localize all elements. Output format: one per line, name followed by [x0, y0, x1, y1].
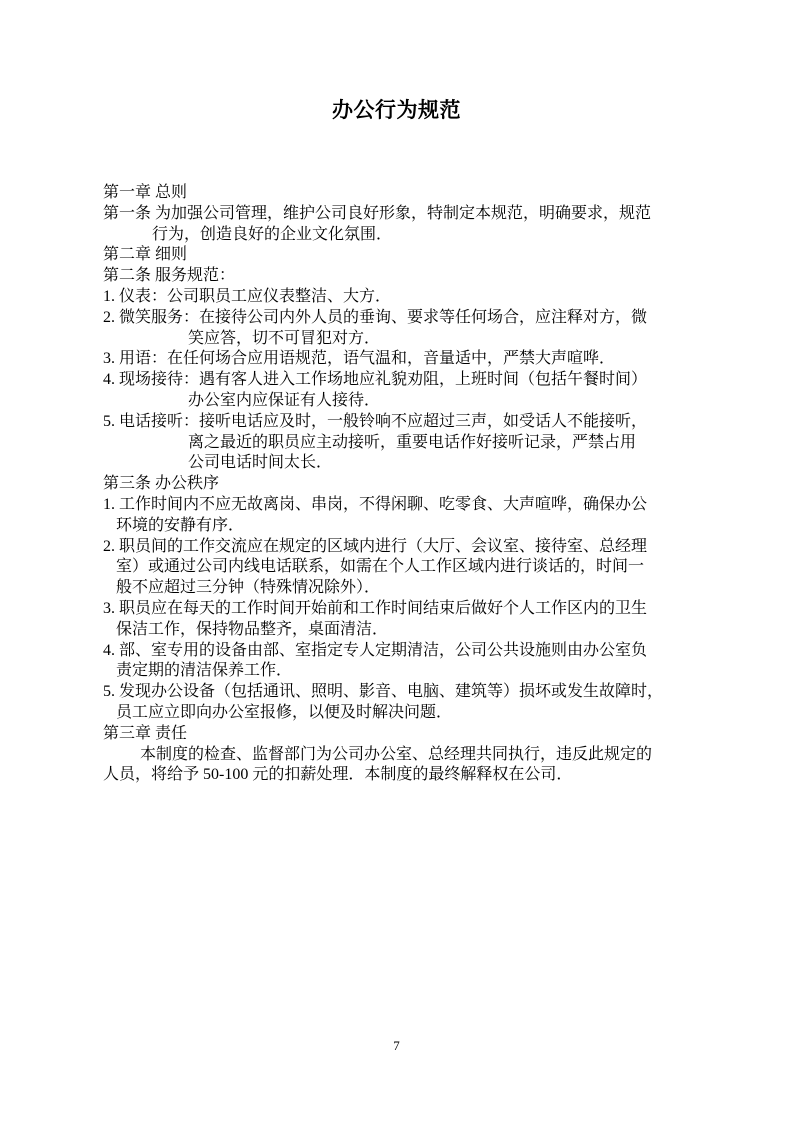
document-line: 环境的安静有序．: [116, 516, 683, 537]
page-title: 办公行为规范: [0, 0, 793, 123]
document-line: 5. 电话接听：接听电话应及时，一般铃响不应超过三声，如受话人不能接听，: [103, 412, 683, 433]
document-line: 笑应答，切不可冒犯对方．: [188, 329, 683, 350]
document-line: 人员，将给予 50-100 元的扣薪处理．本制度的最终解释权在公司．: [103, 765, 683, 786]
document-line: 1. 工作时间内不应无故离岗、串岗，不得闲聊、吃零食、大声喧哗，确保办公: [103, 495, 683, 516]
document-line: 4. 部、室专用的设备由部、室指定专人定期清洁，公司公共设施则由办公室负: [103, 641, 683, 662]
document-line: 第三条 办公秩序: [103, 474, 683, 495]
document-line: 行为，创造良好的企业文化氛围．: [152, 225, 683, 246]
document-line: 5. 发现办公设备（包括通讯、照明、影音、电脑、建筑等）损坏或发生故障时，: [103, 682, 683, 703]
document-line: 1. 仪表：公司职员工应仪表整洁、大方．: [103, 287, 683, 308]
document-line: 4. 现场接待：遇有客人进入工作场地应礼貌劝阻，上班时间（包括午餐时间）: [103, 370, 683, 391]
document-line: 公司电话时间太长．: [188, 453, 683, 474]
document-line: 责定期的清洁保养工作．: [116, 661, 683, 682]
document-page: 办公行为规范 第一章 总则第一条 为加强公司管理，维护公司良好形象，特制定本规范…: [0, 0, 793, 1122]
document-line: 保洁工作，保持物品整齐，桌面清洁．: [116, 620, 683, 641]
document-line: 室）或通过公司内线电话联系，如需在个人工作区域内进行谈话的，时间一: [116, 557, 683, 578]
document-line: 第一条 为加强公司管理，维护公司良好形象，特制定本规范，明确要求，规范: [103, 204, 683, 225]
document-body: 第一章 总则第一条 为加强公司管理，维护公司良好形象，特制定本规范，明确要求，规…: [0, 183, 793, 786]
document-line: 3. 职员应在每天的工作时间开始前和工作时间结束后做好个人工作区内的卫生: [103, 599, 683, 620]
document-line: 第二条 服务规范：: [103, 266, 683, 287]
document-line: 2. 职员间的工作交流应在规定的区域内进行（大厅、会议室、接待室、总经理: [103, 537, 683, 558]
document-line: 第二章 细则: [103, 245, 683, 266]
document-line: 3. 用语：在任何场合应用语规范，语气温和，音量适中，严禁大声喧哗．: [103, 349, 683, 370]
document-line: 第一章 总则: [103, 183, 683, 204]
document-line: 办公室内应保证有人接待．: [188, 391, 683, 412]
document-line: 员工应立即向办公室报修，以便及时解决问题．: [116, 703, 683, 724]
document-line: 本制度的检查、监督部门为公司办公室、总经理共同执行，违反此规定的: [140, 745, 683, 766]
document-line: 般不应超过三分钟（特殊情况除外）．: [116, 578, 683, 599]
page-number: 7: [0, 1038, 793, 1054]
document-line: 离之最近的职员应主动接听，重要电话作好接听记录，严禁占用: [188, 433, 683, 454]
document-line: 2. 微笑服务：在接待公司内外人员的垂询、要求等任何场合，应注释对方，微: [103, 308, 683, 329]
document-line: 第三章 责任: [103, 724, 683, 745]
